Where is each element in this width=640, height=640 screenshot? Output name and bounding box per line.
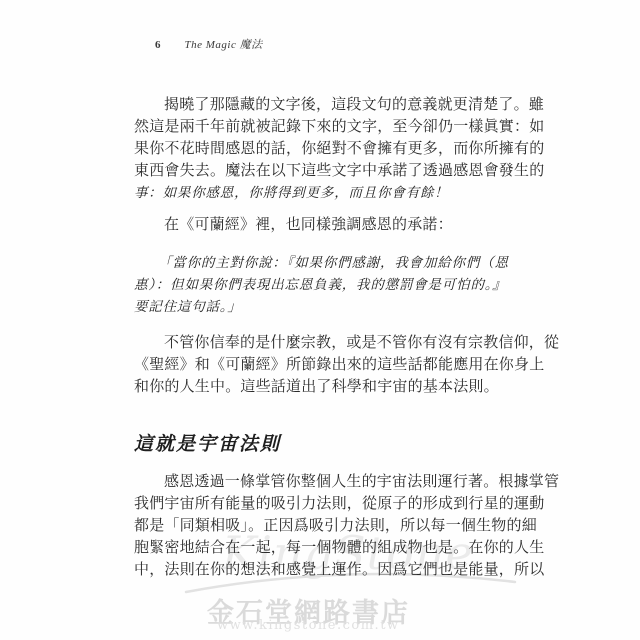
body-text-line: 胞緊密地結合在一起，每一個物體的組成物也是。在你的人生 (134, 537, 519, 559)
paragraph-law-of-attraction: 感恩透過一條掌管你整個人生的宇宙法則運行著。根據掌管 我們宇宙所有能量的吸引力法… (134, 471, 519, 581)
body-text-line: 《聖經》和《可蘭經》所節錄出來的這些話都能應用在你身上 (134, 354, 519, 376)
kingstone-url-watermark: www.kingstone.com.tw (217, 618, 400, 633)
quote-line: 惠）：但如果你們表現出忘恩負義，我的懲罰會是可怕的。』 (134, 274, 519, 296)
quran-quote-block: 「當你的主對你說：『如果你們感謝，我會加給你們（恩 惠）：但如果你們表現出忘恩負… (134, 252, 519, 318)
section-heading: 這就是宇宙法則 (134, 432, 281, 458)
running-title: The Magic 魔法 (185, 39, 263, 51)
emphasis-text-line: 事：如果你感恩，你將得到更多，而且你會有餘！ (134, 182, 519, 204)
body-text-line: 感恩透過一條掌管你整個人生的宇宙法則運行著。根據掌管 (134, 471, 519, 493)
paragraph-religion-universal: 不管你信奉的是什麼宗教，或是不管你有沒有宗教信仰，從 《聖經》和《可蘭經》所節錄… (134, 332, 519, 398)
quote-line: 要記住這句話。」 (134, 296, 519, 318)
body-text-line: 在《可蘭經》裡，也同樣強調感恩的承諾： (134, 214, 519, 236)
quote-line: 「當你的主對你說：『如果你們感謝，我會加給你們（恩 (134, 252, 519, 274)
body-text-line: 都是「同類相吸」。正因爲吸引力法則，所以每一個生物的細 (134, 515, 519, 537)
body-text-line: 東西會失去。魔法在以下這些文字中承諾了透過感恩會發生的 (134, 160, 519, 182)
body-text-line: 和你的人生中。這些話道出了科學和宇宙的基本法則。 (134, 376, 519, 398)
body-text-line: 中，法則在你的想法和感覺上運作。因爲它們也是能量，所以 (134, 559, 519, 581)
paragraph-quran-intro: 在《可蘭經》裡，也同樣強調感恩的承諾： (134, 214, 519, 236)
book-page: 6The Magic 魔法 KingStone 金石堂網路書店 www.king… (0, 0, 640, 640)
body-text-line: 我們宇宙所有能量的吸引力法則，從原子的形成到行星的運動 (134, 493, 519, 515)
body-text-line: 揭曉了那隱藏的文字後，這段文句的意義就更清楚了。雖 (134, 94, 519, 116)
paragraph-magic-promise: 揭曉了那隱藏的文字後，這段文句的意義就更清楚了。雖 然這是兩千年前就被記錄下來的… (134, 94, 519, 204)
body-text-line: 然這是兩千年前就被記錄下來的文字，至今卻仍一樣眞實：如 (134, 116, 519, 138)
body-text-line: 不管你信奉的是什麼宗教，或是不管你有沒有宗教信仰，從 (134, 332, 519, 354)
page-number: 6 (155, 39, 161, 51)
body-text-line: 果你不花時間感恩的話，你絕對不會擁有更多，而你所擁有的 (134, 138, 519, 160)
page-header: 6The Magic 魔法 (155, 36, 263, 52)
